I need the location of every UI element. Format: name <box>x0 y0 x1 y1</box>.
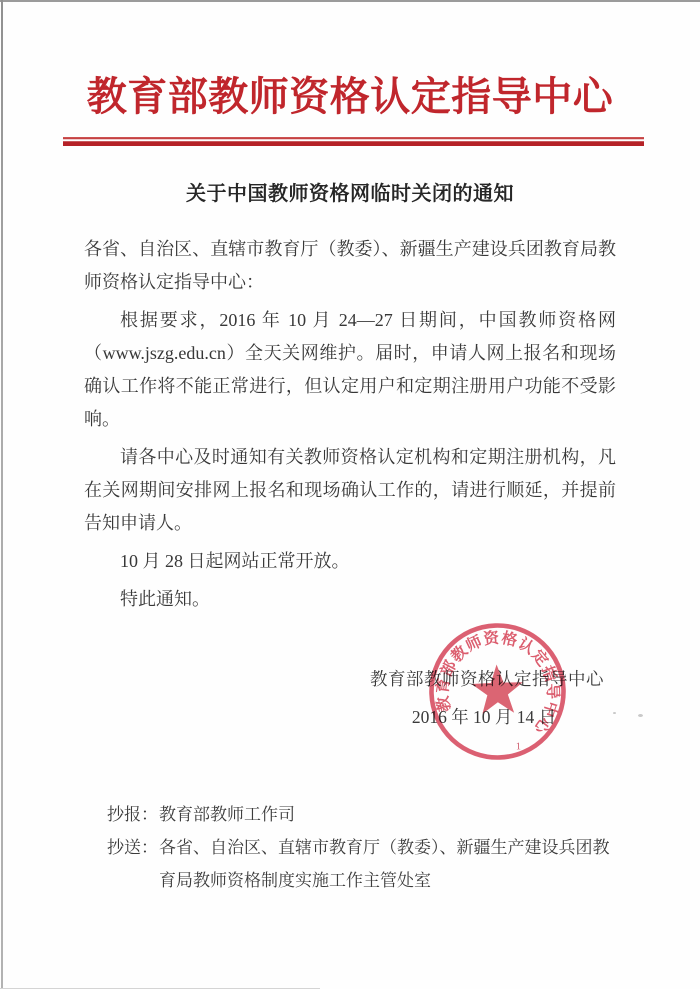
scan-speck <box>638 714 643 717</box>
cc-report-content: 教育部教师工作司 <box>159 798 611 831</box>
paragraph-3: 10 月 28 日起网站正常开放。 <box>84 545 616 578</box>
scan-speck <box>613 712 616 714</box>
scan-edge-top <box>0 0 700 2</box>
cc-copy-label: 抄送： <box>107 831 159 864</box>
cc-report-label: 抄报： <box>107 798 159 831</box>
scanned-notice-page: 教育部教师资格认定指导中心 关于中国教师资格网临时关闭的通知 各省、自治区、直辖… <box>0 0 700 989</box>
salutation: 各省、自治区、直辖市教育厅（教委）、新疆生产建设兵团教育局教师资格认定指导中心： <box>84 233 616 299</box>
cc-block: 抄报： 教育部教师工作司 抄送： 各省、自治区、直辖市教育厅（教委）、新疆生产建… <box>107 798 627 897</box>
official-seal-stamp: 教育部教师资格认定指导中心 1 <box>421 615 573 767</box>
paragraph-4: 特此通知。 <box>84 583 616 616</box>
cc-copy-content: 各省、自治区、直辖市教育厅（教委）、新疆生产建设兵团教育局教师资格制度实施工作主… <box>159 831 611 897</box>
seal-number-mark: 1 <box>516 741 521 752</box>
document-title: 关于中国教师资格网临时关闭的通知 <box>0 177 700 206</box>
document-body: 各省、自治区、直辖市教育厅（教委）、新疆生产建设兵团教育局教师资格认定指导中心：… <box>84 233 616 621</box>
letterhead-rule <box>63 137 644 146</box>
cc-row-report: 抄报： 教育部教师工作司 <box>107 798 627 831</box>
paragraph-1: 根据要求，2016 年 10 月 24—27 日期间，中国教师资格网（www.j… <box>84 304 616 436</box>
letterhead-org-name: 教育部教师资格认定指导中心 <box>0 72 700 122</box>
seal-star-icon <box>471 664 524 715</box>
paragraph-2: 请各中心及时通知有关教师资格认定机构和定期注册机构，凡在关网期间安排网上报名和现… <box>84 441 616 540</box>
scan-edge-left <box>1 0 3 989</box>
cc-row-copy: 抄送： 各省、自治区、直辖市教育厅（教委）、新疆生产建设兵团教育局教师资格制度实… <box>107 831 627 897</box>
